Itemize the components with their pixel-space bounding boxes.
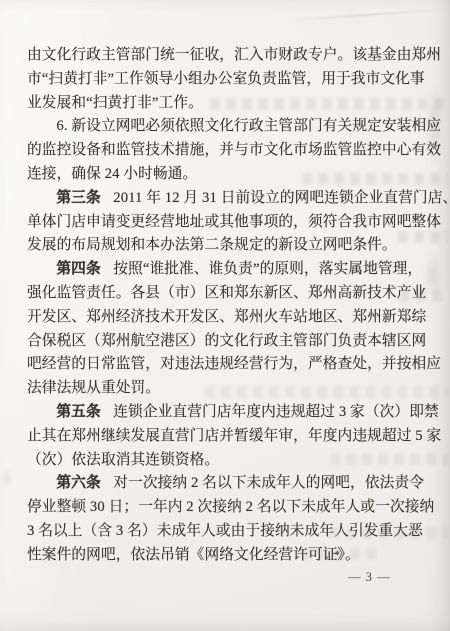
line-text: 6. 新设立网吧必须依照文化行政主管部门有关规定安装相应 xyxy=(56,118,441,134)
text-line: 止其在郑州继续发展直营门店并暂缓年审，年度内违规超过 5 家 xyxy=(27,425,427,449)
line-text: 业发展和“扫黄打非”工作。 xyxy=(27,95,203,111)
text-line: 停业整顿 30 日；一年内 2 次接纳 2 名以下未成年人或一次接纳 xyxy=(27,496,427,520)
line-text: 发展的布局规划和本办法第二条规定的新设立网吧条件。 xyxy=(27,237,397,253)
text-line: 第四条按照“谁批准、谁负责”的原则，落实属地管理， xyxy=(27,258,427,282)
text-line: 由文化行政主管部门统一征收，汇入市财政专户。该基金由郑州 xyxy=(27,44,427,68)
line-text: 开发区、郑州经济技术开发区、郑州火车站地区、郑州新郑综 xyxy=(27,309,426,325)
line-text: 合保税区（郑州航空港区）的文化行政主管部门负责本辖区网 xyxy=(27,333,426,349)
line-text: 强化监管责任。各县（市）区和郑东新区、郑州高新技术产业 xyxy=(27,285,426,301)
line-text: 止其在郑州继续发展直营门店并暂缓年审，年度内违规超过 5 家 xyxy=(27,428,441,444)
scanned-page: 由文化行政主管部门统一征收，汇入市财政专户。该基金由郑州 市“扫黄打非”工作领导… xyxy=(0,0,450,631)
line-text: 吧经营的日常监管，对违法违规经营行为，严格查处，并按相应 xyxy=(27,356,441,372)
page-number: — 3 — xyxy=(348,570,391,585)
text-line: 性案件的网吧，依法吊销《网络文化经营许可证》。 xyxy=(27,544,427,568)
text-line: 开发区、郑州经济技术开发区、郑州火车站地区、郑州新郑综 xyxy=(27,306,427,330)
line-text: 停业整顿 30 日；一年内 2 次接纳 2 名以下未成年人或一次接纳 xyxy=(27,499,434,515)
text-line: 3 名以上（含 3 名）未成年人或由于接纳未成年人引发重大恶 xyxy=(27,520,427,544)
text-line: 单体门店申请变更经营地址或其他事项的，须符合我市网吧整体 xyxy=(27,211,427,235)
document-body: 由文化行政主管部门统一征收，汇入市财政专户。该基金由郑州 市“扫黄打非”工作领导… xyxy=(27,44,427,568)
line-text: 2011 年 12 月 31 日前设立的网吧连锁企业直营门店、 xyxy=(113,190,450,206)
text-line: 第五条连锁企业直营门店年度内违规超过 3 家（次）即禁 xyxy=(27,401,427,425)
article-number: 第六条 xyxy=(56,475,100,491)
text-line: 合保税区（郑州航空港区）的文化行政主管部门负责本辖区网 xyxy=(27,330,427,354)
text-line: （次）依法取消其连锁资格。 xyxy=(27,449,427,473)
line-text: 法律法规从重处罚。 xyxy=(27,380,160,396)
text-line: 的监控设备和监管技术措施，并与市文化市场监管监控中心有效 xyxy=(27,139,427,163)
line-text: 连接，确保 24 小时畅通。 xyxy=(27,166,197,182)
line-text: 3 名以上（含 3 名）未成年人或由于接纳未成年人引发重大恶 xyxy=(27,523,423,539)
text-line: 市“扫黄打非”工作领导小组办公室负责监管，用于我市文化事 xyxy=(27,68,427,92)
line-text: 按照“谁批准、谁负责”的原则，落实属地管理， xyxy=(113,261,422,277)
article-number: 第三条 xyxy=(56,190,100,206)
text-line: 发展的布局规划和本办法第二条规定的新设立网吧条件。 xyxy=(27,234,427,258)
text-line: 第三条2011 年 12 月 31 日前设立的网吧连锁企业直营门店、 xyxy=(27,187,427,211)
line-text: （次）依法取消其连锁资格。 xyxy=(27,452,219,468)
line-text: 性案件的网吧，依法吊销《网络文化经营许可证》。 xyxy=(27,547,360,563)
line-text: 连锁企业直营门店年度内违规超过 3 家（次）即禁 xyxy=(113,404,439,420)
line-text: 的监控设备和监管技术措施，并与市文化市场监管监控中心有效 xyxy=(27,142,441,158)
text-line: 法律法规从重处罚。 xyxy=(27,377,427,401)
line-text: 由文化行政主管部门统一征收，汇入市财政专户。该基金由郑州 xyxy=(27,47,441,63)
line-text: 市“扫黄打非”工作领导小组办公室负责监管，用于我市文化事 xyxy=(27,71,425,87)
text-line: 强化监管责任。各县（市）区和郑东新区、郑州高新技术产业 xyxy=(27,282,427,306)
line-text: 单体门店申请变更经营地址或其他事项的，须符合我市网吧整体 xyxy=(27,214,441,230)
text-line: 第六条对一次接纳 2 名以下未成年人的网吧，依法责令 xyxy=(27,472,427,496)
paper-crease xyxy=(288,8,446,21)
bleedthrough-artifact xyxy=(0,465,14,491)
article-number: 第四条 xyxy=(56,261,100,277)
article-number: 第五条 xyxy=(56,404,100,420)
text-line: 业发展和“扫黄打非”工作。 xyxy=(27,92,427,116)
text-line: 吧经营的日常监管，对违法违规经营行为，严格查处，并按相应 xyxy=(27,353,427,377)
line-text: 对一次接纳 2 名以下未成年人的网吧，依法责令 xyxy=(113,475,424,491)
text-line: 6. 新设立网吧必须依照文化行政主管部门有关规定安装相应 xyxy=(27,115,427,139)
text-line: 连接，确保 24 小时畅通。 xyxy=(27,163,427,187)
